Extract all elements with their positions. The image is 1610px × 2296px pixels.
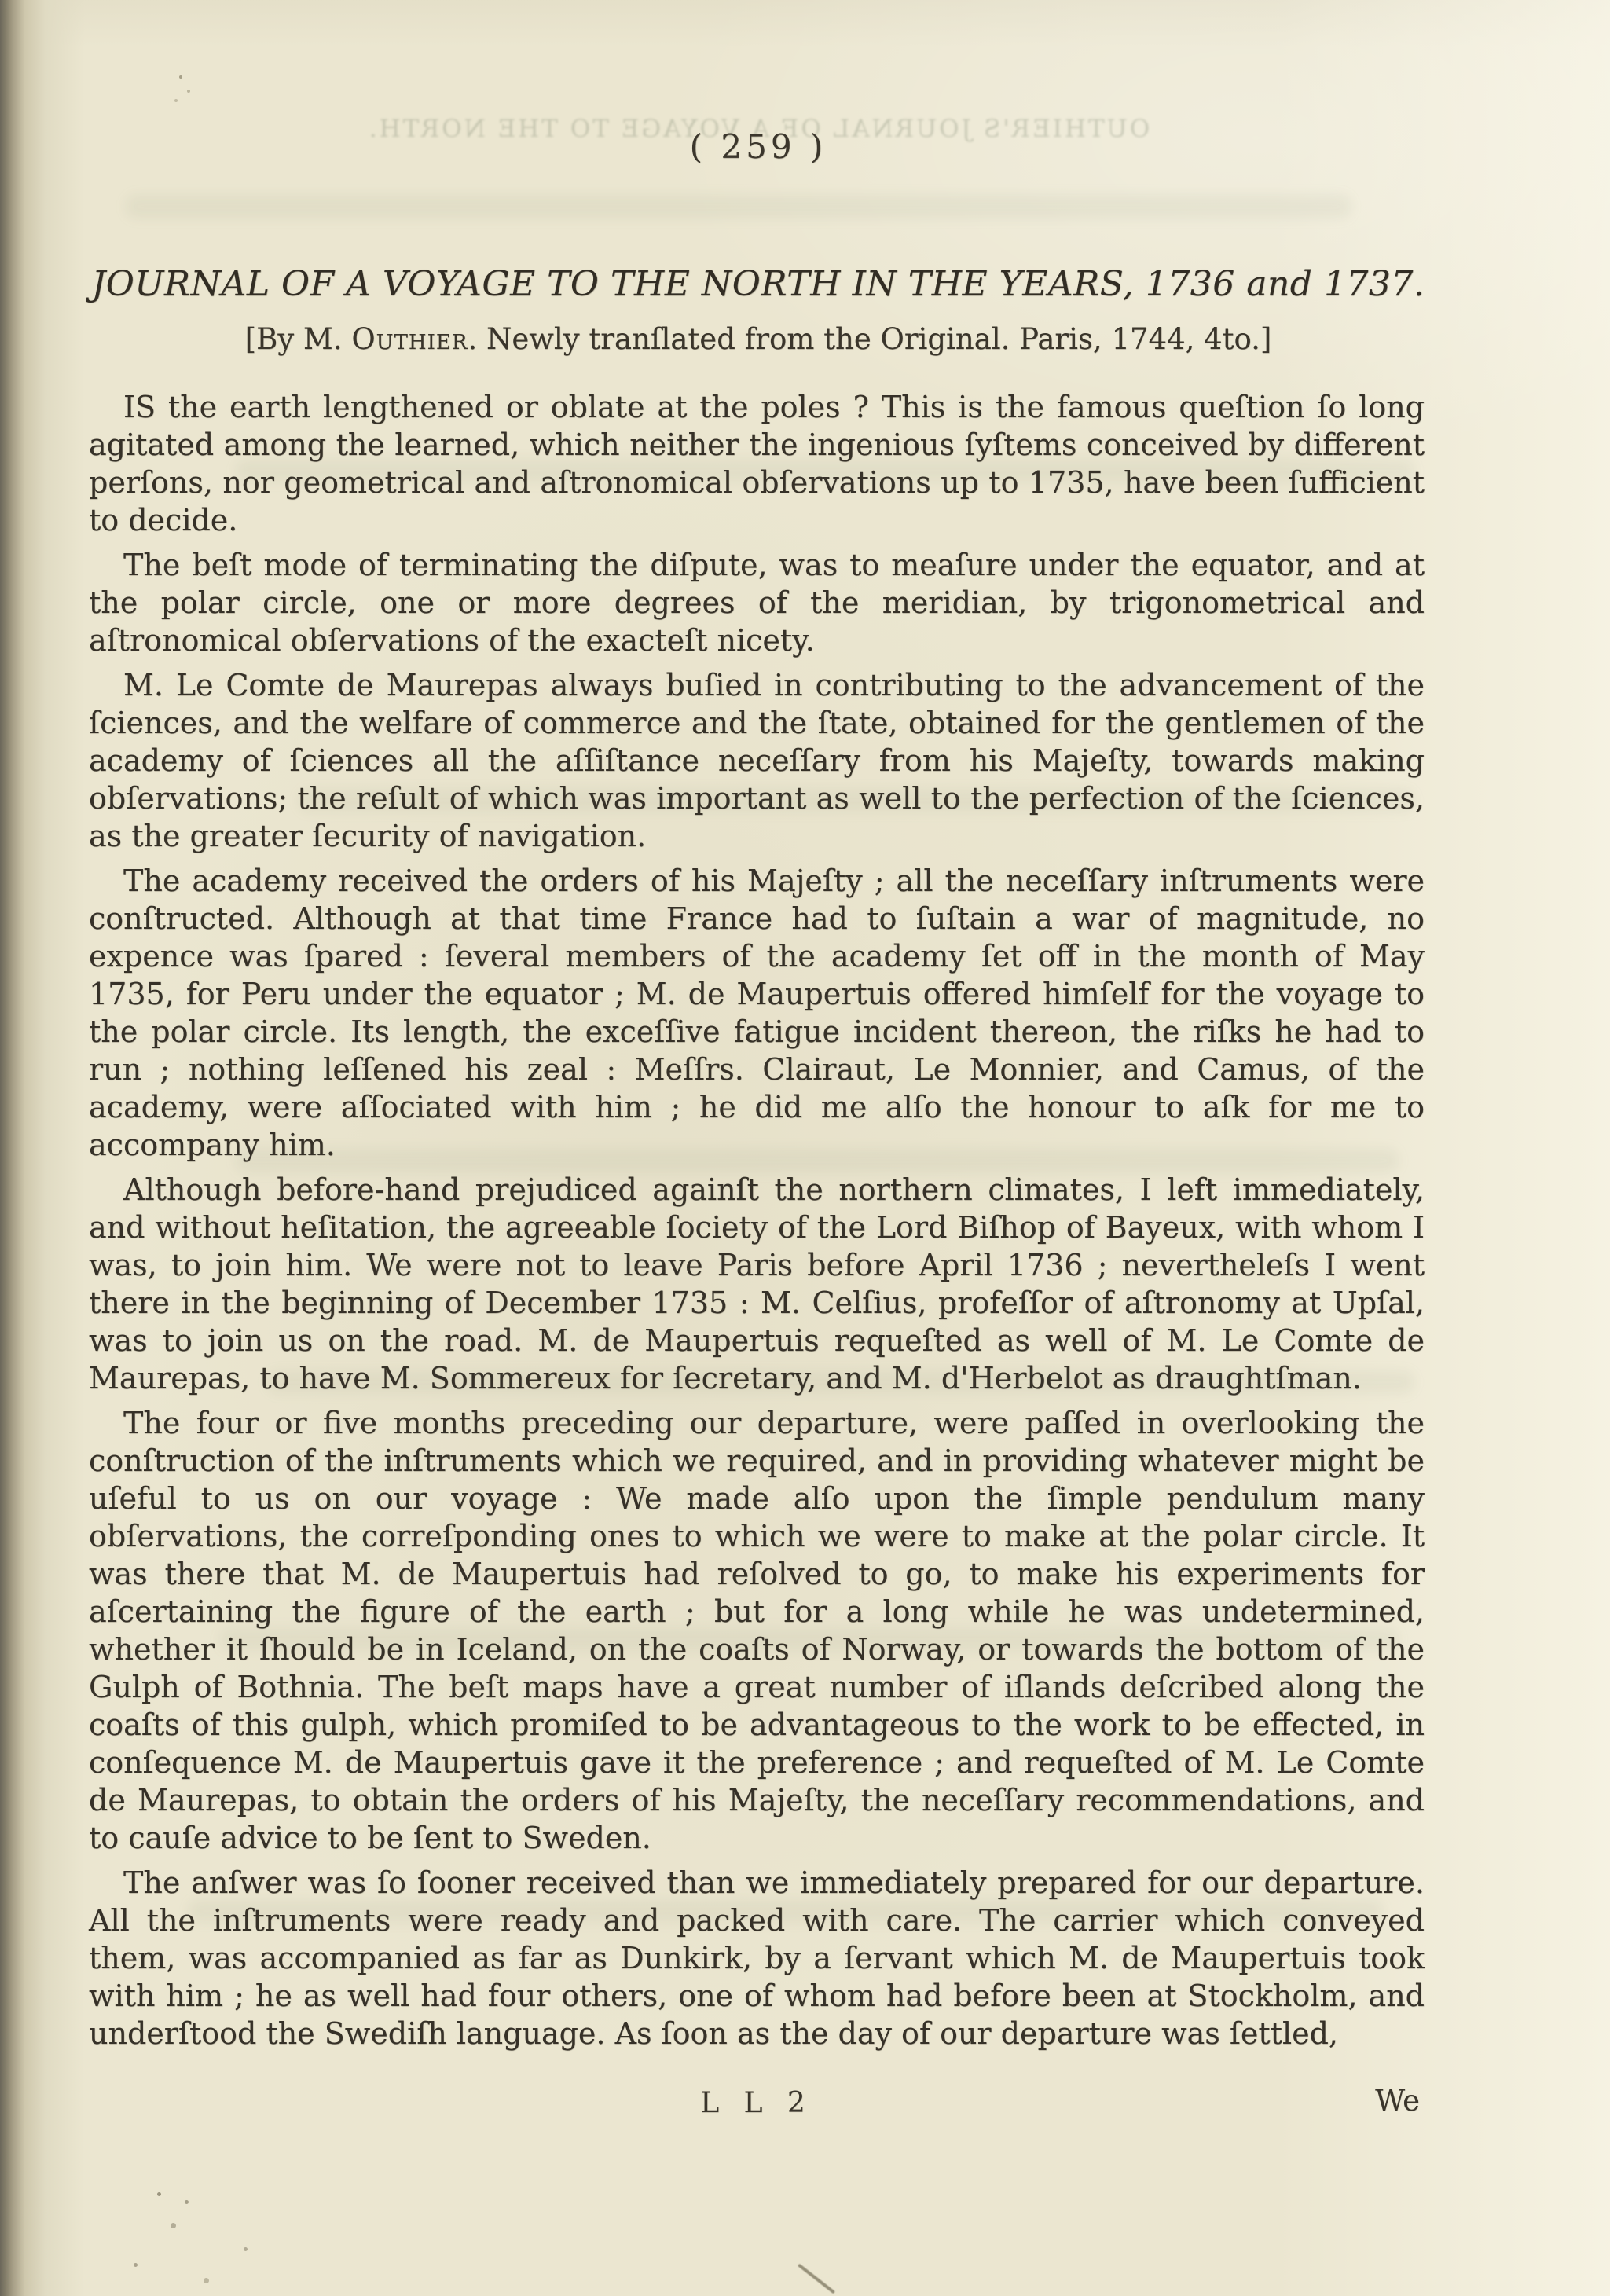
paper-speckles xyxy=(157,2192,161,2196)
signature-mark: L L 2 xyxy=(89,2087,1425,2119)
byline: [By M. Outhier. Newly tranſlated from th… xyxy=(90,322,1426,356)
crease-mark xyxy=(798,2264,835,2294)
body-paragraph: Although before-hand prejudiced againſt … xyxy=(89,1171,1425,1397)
byline-author-name: Outhier xyxy=(351,322,468,356)
book-gutter-edge xyxy=(0,0,86,2296)
body-paragraph: The beſt mode of terminating the diſpute… xyxy=(89,546,1425,659)
page-number: ( 259 ) xyxy=(90,127,1426,166)
scanned-book-page: OUTHIER'S JOURNAL OF A VOYAGE TO THE NOR… xyxy=(0,0,1610,2296)
byline-rest: . Newly tranſlated from the Original. Pa… xyxy=(468,322,1271,356)
body-paragraph: The academy received the orders of his M… xyxy=(89,862,1425,1164)
body-paragraph: M. Le Comte de Maurepas always buſied in… xyxy=(89,666,1425,855)
bleedthrough-smudge xyxy=(126,195,1351,218)
body-paragraph: IS the earth lengthened or oblate at the… xyxy=(89,388,1425,539)
article-title: JOURNAL OF A VOYAGE TO THE NORTH IN THE … xyxy=(79,264,1438,304)
body-paragraph: The four or five months preceding our de… xyxy=(89,1404,1425,1857)
body-text: IS the earth lengthened or oblate at the… xyxy=(89,388,1425,2059)
body-paragraph: The anſwer was ſo ſooner received than w… xyxy=(89,1864,1425,2052)
byline-prefix: [By M. xyxy=(245,322,352,356)
paper-fleck xyxy=(179,75,182,79)
page-footer: L L 2 We xyxy=(89,2087,1425,2142)
catchword: We xyxy=(1375,2084,1420,2118)
